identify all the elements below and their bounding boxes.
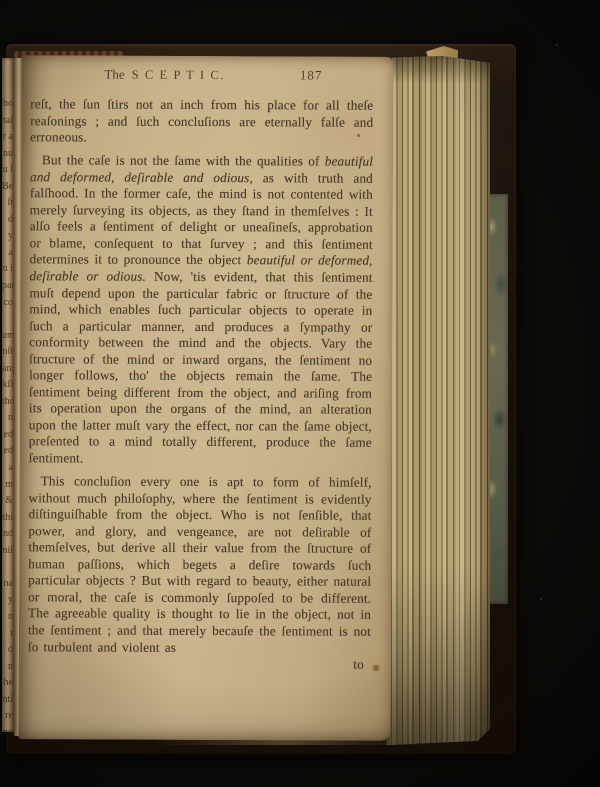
fore-edge-pages <box>386 56 490 745</box>
book-page: TheS C E P T I C. 187 reſt, the ſun ſtir… <box>19 55 394 741</box>
foxing-spot <box>336 295 339 298</box>
dust-speck <box>540 598 542 600</box>
paragraph-2-run: Now, 'tis evident, that this ſentiment m… <box>29 269 373 466</box>
foxing-spot <box>357 134 360 137</box>
page-header: TheS C E P T I C. 187 <box>30 65 373 86</box>
running-title-prefix: The <box>104 67 124 82</box>
catchword: to <box>28 655 371 673</box>
foxing-spot <box>373 665 379 671</box>
photo-backdrop: ho taſ r a nu u l Be ſt d y a n i par co… <box>0 0 600 787</box>
running-title-main: S C E P T I C. <box>132 68 225 82</box>
facing-page-sliver: ho taſ r a nu u l Be ſt d y a n i par co… <box>2 58 14 732</box>
page-number: 187 <box>300 67 323 83</box>
paragraph-2: But the caſe is not the ſame with the qu… <box>29 152 373 468</box>
facing-page-text-fragments: ho taſ r a nu u l Be ſt d y a n i par co… <box>2 58 14 732</box>
paragraph-2-run: But the caſe is not the ſame with the qu… <box>42 152 325 168</box>
paragraph-3: This concluſion every one is apt to form… <box>28 473 372 657</box>
running-title: TheS C E P T I C. <box>104 67 225 84</box>
dust-speck <box>556 44 558 46</box>
page-body: reſt, the ſun ſtirs not an inch from his… <box>28 96 374 673</box>
paragraph-1: reſt, the ſun ſtirs not an inch from his… <box>30 96 373 147</box>
